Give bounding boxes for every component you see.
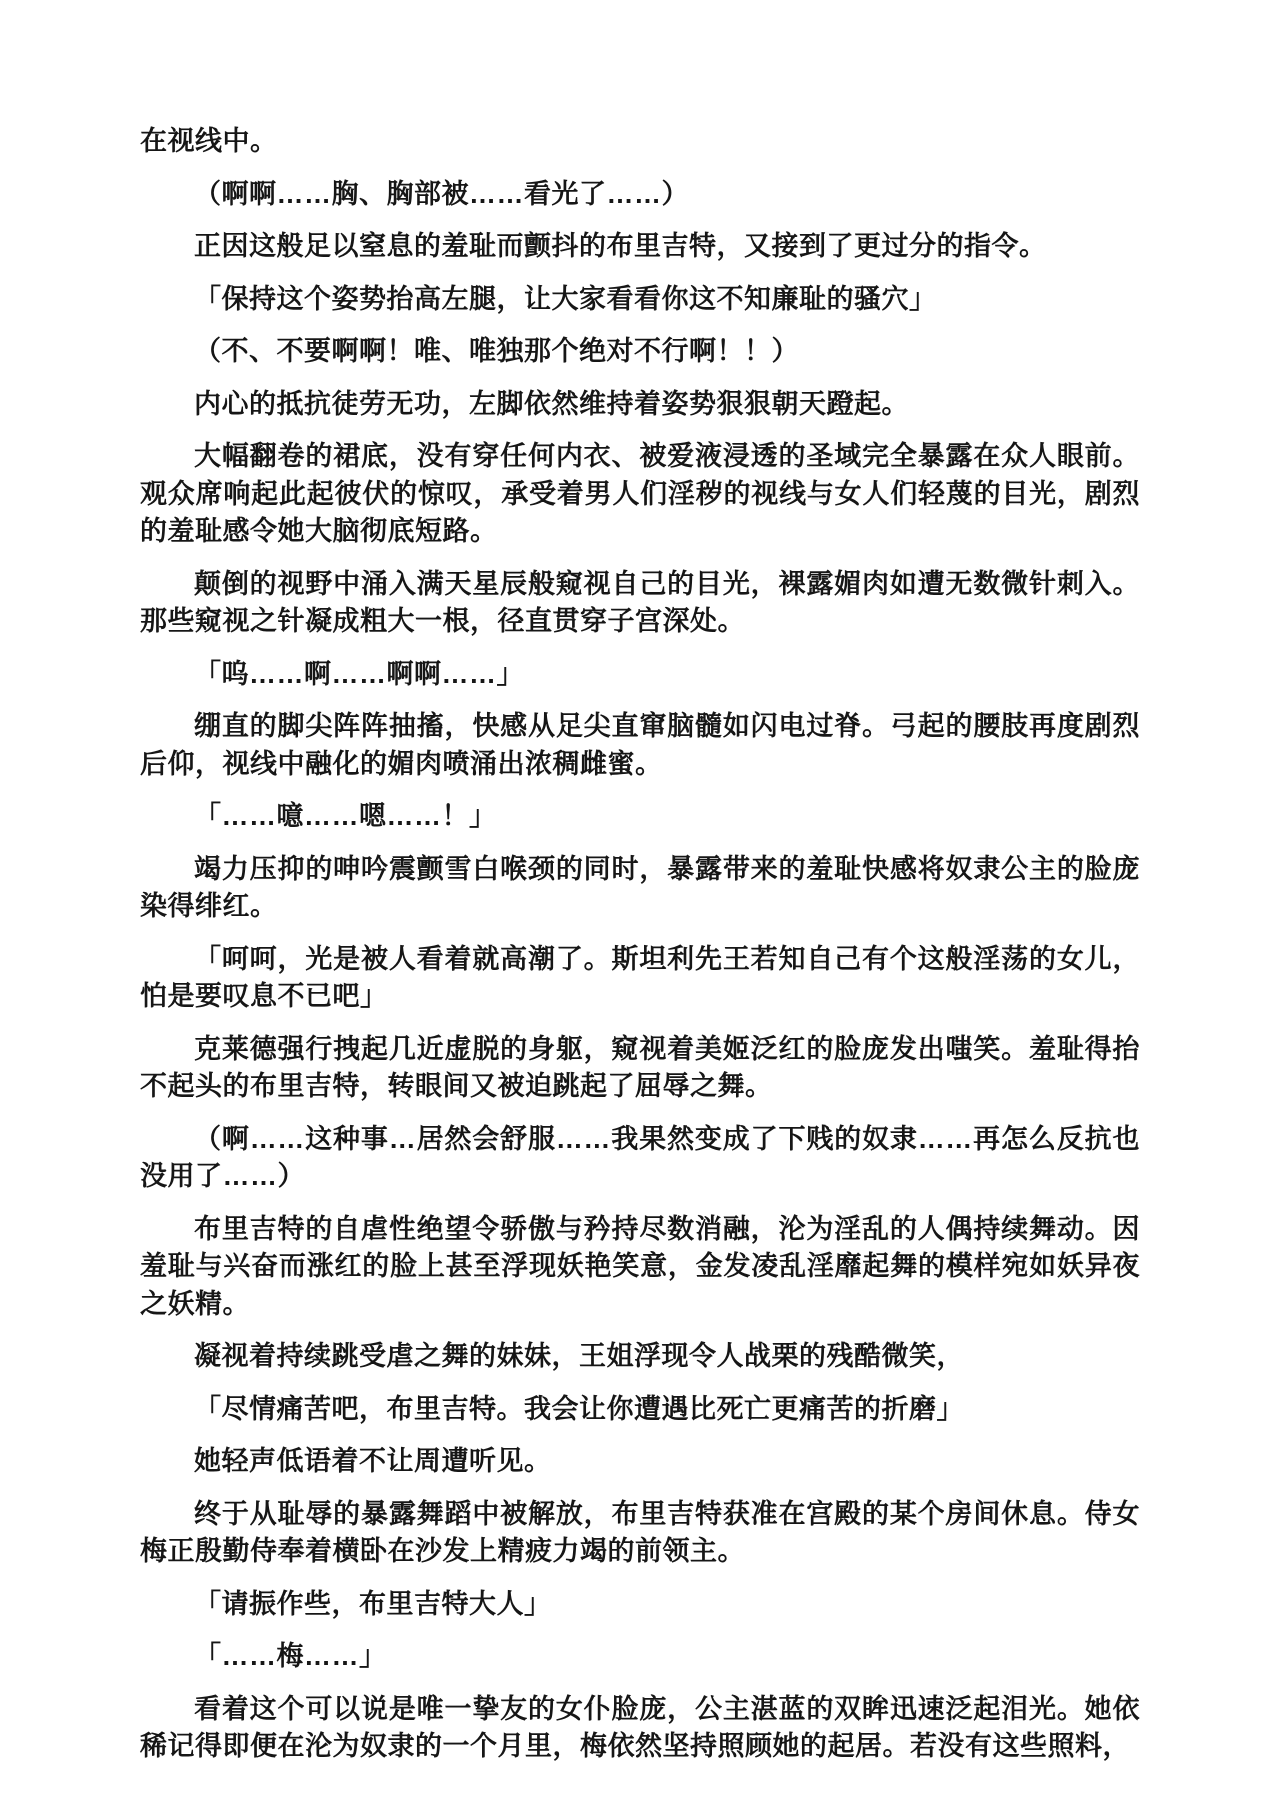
document-page: 在视线中。 （啊啊……胸、胸部被……看光了……） 正因这般足以窒息的羞耻而颤抖的… (0, 0, 1280, 1808)
paragraph: （不、不要啊啊！唯、唯独那个绝对不行啊！！） (140, 333, 1140, 371)
paragraph: 大幅翻卷的裙底，没有穿任何内衣、被爱液浸透的圣域完全暴露在众人眼前。观众席响起此… (140, 438, 1140, 551)
paragraph: 「请振作些，布里吉特大人」 (140, 1586, 1140, 1624)
paragraph: 看着这个可以说是唯一挚友的女仆脸庞，公主湛蓝的双眸迅速泛起泪光。她依稀记得即便在… (140, 1691, 1140, 1766)
paragraph: 「尽情痛苦吧，布里吉特。我会让你遭遇比死亡更痛苦的折磨」 (140, 1391, 1140, 1429)
paragraph: 「保持这个姿势抬高左腿，让大家看看你这不知廉耻的骚穴」 (140, 281, 1140, 319)
paragraph: （啊啊……胸、胸部被……看光了……） (140, 176, 1140, 214)
paragraph: 凝视着持续跳受虐之舞的妹妹，王姐浮现令人战栗的残酷微笑， (140, 1338, 1140, 1376)
paragraph: 终于从耻辱的暴露舞蹈中被解放，布里吉特获准在宫殿的某个房间休息。侍女梅正殷勤侍奉… (140, 1496, 1140, 1571)
text-column: 在视线中。 （啊啊……胸、胸部被……看光了……） 正因这般足以窒息的羞耻而颤抖的… (140, 123, 1140, 1766)
paragraph: 「呵呵，光是被人看着就高潮了。斯坦利先王若知自己有个这般淫荡的女儿，怕是要叹息不… (140, 941, 1140, 1016)
paragraph: 「呜……啊……啊啊……」 (140, 656, 1140, 694)
paragraph: 内心的抵抗徒劳无功，左脚依然维持着姿势狠狠朝天蹬起。 (140, 386, 1140, 424)
paragraph: 颠倒的视野中涌入满天星辰般窥视自己的目光，裸露媚肉如遭无数微针刺入。那些窥视之针… (140, 566, 1140, 641)
paragraph: 「……梅……」 (140, 1638, 1140, 1676)
paragraph: 正因这般足以窒息的羞耻而颤抖的布里吉特，又接到了更过分的指令。 (140, 228, 1140, 266)
paragraph: 她轻声低语着不让周遭听见。 (140, 1443, 1140, 1481)
paragraph: 绷直的脚尖阵阵抽搐，快感从足尖直窜脑髓如闪电过脊。弓起的腰肢再度剧烈后仰，视线中… (140, 708, 1140, 783)
paragraph: 竭力压抑的呻吟震颤雪白喉颈的同时，暴露带来的羞耻快感将奴隶公主的脸庞染得绯红。 (140, 851, 1140, 926)
paragraph: 克莱德强行拽起几近虚脱的身躯，窥视着美姬泛红的脸庞发出嗤笑。羞耻得抬不起头的布里… (140, 1031, 1140, 1106)
paragraph: 布里吉特的自虐性绝望令骄傲与矜持尽数消融，沦为淫乱的人偶持续舞动。因羞耻与兴奋而… (140, 1211, 1140, 1324)
paragraph: （啊……这种事…居然会舒服……我果然变成了下贱的奴隶……再怎么反抗也没用了……） (140, 1121, 1140, 1196)
paragraph: 在视线中。 (140, 123, 1140, 161)
paragraph: 「……噫……嗯……！」 (140, 798, 1140, 836)
